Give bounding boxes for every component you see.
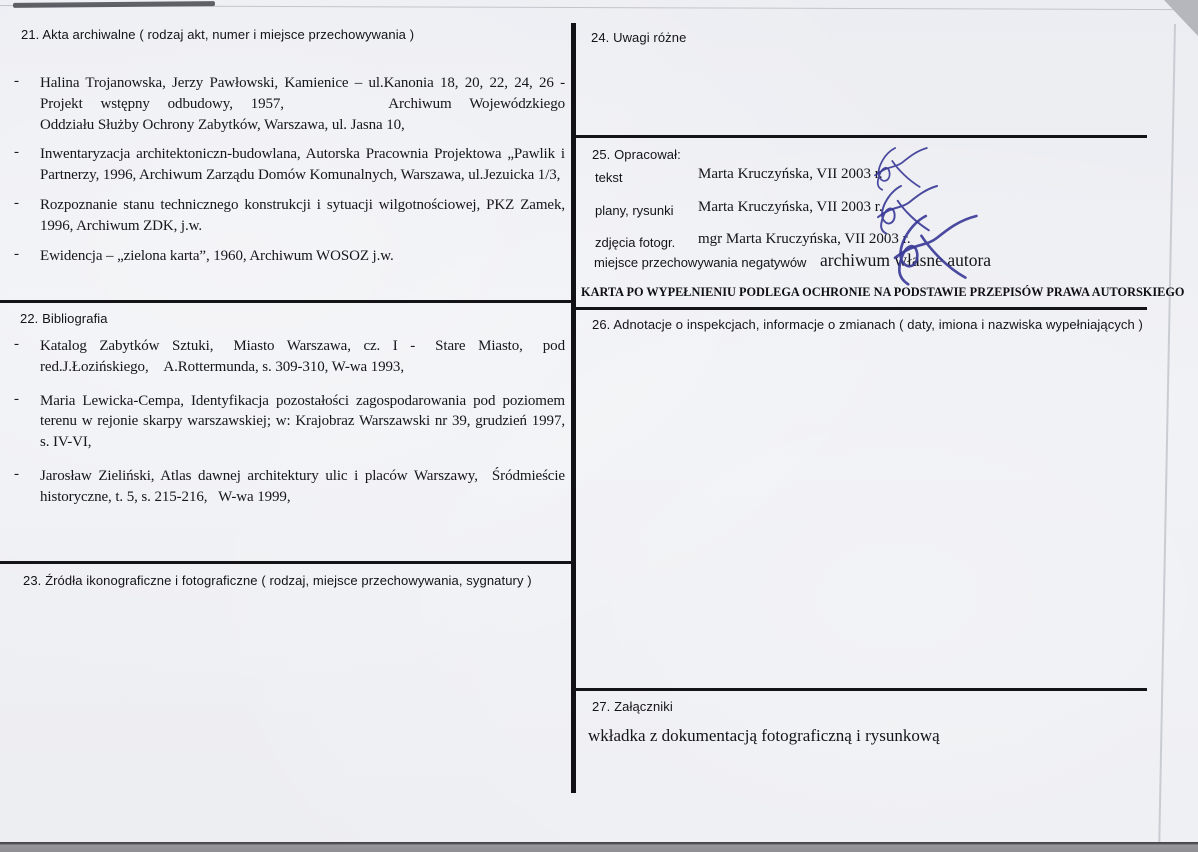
list-item: - Rozpoznanie stanu technicznego konstru… xyxy=(12,195,565,237)
column-divider-line xyxy=(571,23,576,793)
list-item-text: Ewidencja – „zielona karta”, 1960, Archi… xyxy=(12,246,565,267)
section-21-entries: - Halina Trojanowska, Jerzy Pawłowski, K… xyxy=(12,73,565,275)
dash-bullet: - xyxy=(14,246,19,263)
divider-line xyxy=(573,688,1147,691)
dash-bullet: - xyxy=(14,73,19,90)
dash-bullet: - xyxy=(14,466,19,483)
dash-bullet: - xyxy=(14,195,19,212)
section-27-content: wkładka z dokumentacją fotograficzną i r… xyxy=(588,726,940,746)
list-item-text: Katalog Zabytków Sztuki, Miasto Warszawa… xyxy=(12,336,565,378)
field-label-tekst: tekst xyxy=(595,170,622,185)
list-item-text: Inwentaryzacja architektoniczn-budowlana… xyxy=(12,144,565,186)
section-25-title: 25. Opracował: xyxy=(592,147,681,162)
list-item: - Katalog Zabytków Sztuki, Miasto Warsza… xyxy=(12,336,565,378)
divider-line xyxy=(571,135,1147,138)
dash-bullet: - xyxy=(14,391,19,408)
list-item: - Maria Lewicka-Cempa, Identyfikacja poz… xyxy=(12,391,565,453)
section-24-title: 24. Uwagi różne xyxy=(591,30,686,45)
list-item-text: Halina Trojanowska, Jerzy Pawłowski, Kam… xyxy=(12,73,565,135)
scan-bottom-edge xyxy=(0,842,1198,852)
dash-bullet: - xyxy=(14,144,19,161)
divider-line xyxy=(0,561,573,564)
section-22-title: 22. Bibliografia xyxy=(20,311,108,326)
section-26-title: 26. Adnotacje o inspekcjach, informacje … xyxy=(592,317,1143,332)
field-label-zdjecia-fotogr: zdjęcia fotogr. xyxy=(595,235,675,250)
section-22-entries: - Katalog Zabytków Sztuki, Miasto Warsza… xyxy=(12,336,565,517)
list-item-text: Rozpoznanie stanu technicznego konstrukc… xyxy=(12,195,565,237)
archival-record-card-page: 21. Akta archiwalne ( rodzaj akt, numer … xyxy=(0,0,1198,852)
scan-corner-fold xyxy=(1164,0,1198,36)
section-27-title: 27. Załączniki xyxy=(592,699,673,714)
section-21-title: 21. Akta archiwalne ( rodzaj akt, numer … xyxy=(21,27,414,42)
list-item: - Halina Trojanowska, Jerzy Pawłowski, K… xyxy=(12,73,565,135)
field-label-miejsce-negatywow: miejsce przechowywania negatywów xyxy=(594,255,806,270)
list-item: - Ewidencja – „zielona karta”, 1960, Arc… xyxy=(12,246,565,267)
divider-line xyxy=(0,300,573,303)
dash-bullet: - xyxy=(14,336,19,353)
section-23-title: 23. Źródła ikonograficzne i fotograficzn… xyxy=(23,573,532,588)
scan-right-paper-edge xyxy=(1158,24,1176,846)
divider-line xyxy=(571,307,1147,310)
list-item-text: Jarosław Zieliński, Atlas dawnej archite… xyxy=(12,466,565,508)
scan-top-smudge xyxy=(13,1,215,8)
signature-icon xyxy=(845,146,1025,296)
field-label-plany-rysunki: plany, rysunki xyxy=(595,203,674,218)
list-item-text: Maria Lewicka-Cempa, Identyfikacja pozos… xyxy=(12,391,565,453)
list-item: - Inwentaryzacja architektoniczn-budowla… xyxy=(12,144,565,186)
list-item: - Jarosław Zieliński, Atlas dawnej archi… xyxy=(12,466,565,508)
